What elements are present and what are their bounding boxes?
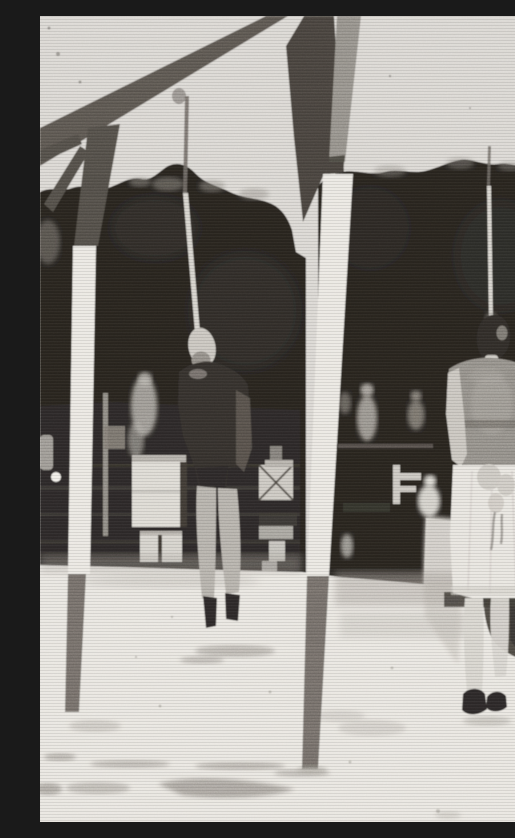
photo-canvas — [40, 16, 515, 822]
scan-banding-overlay — [40, 16, 515, 822]
photograph: Grainy monochrome photograph of a public… — [40, 16, 515, 822]
